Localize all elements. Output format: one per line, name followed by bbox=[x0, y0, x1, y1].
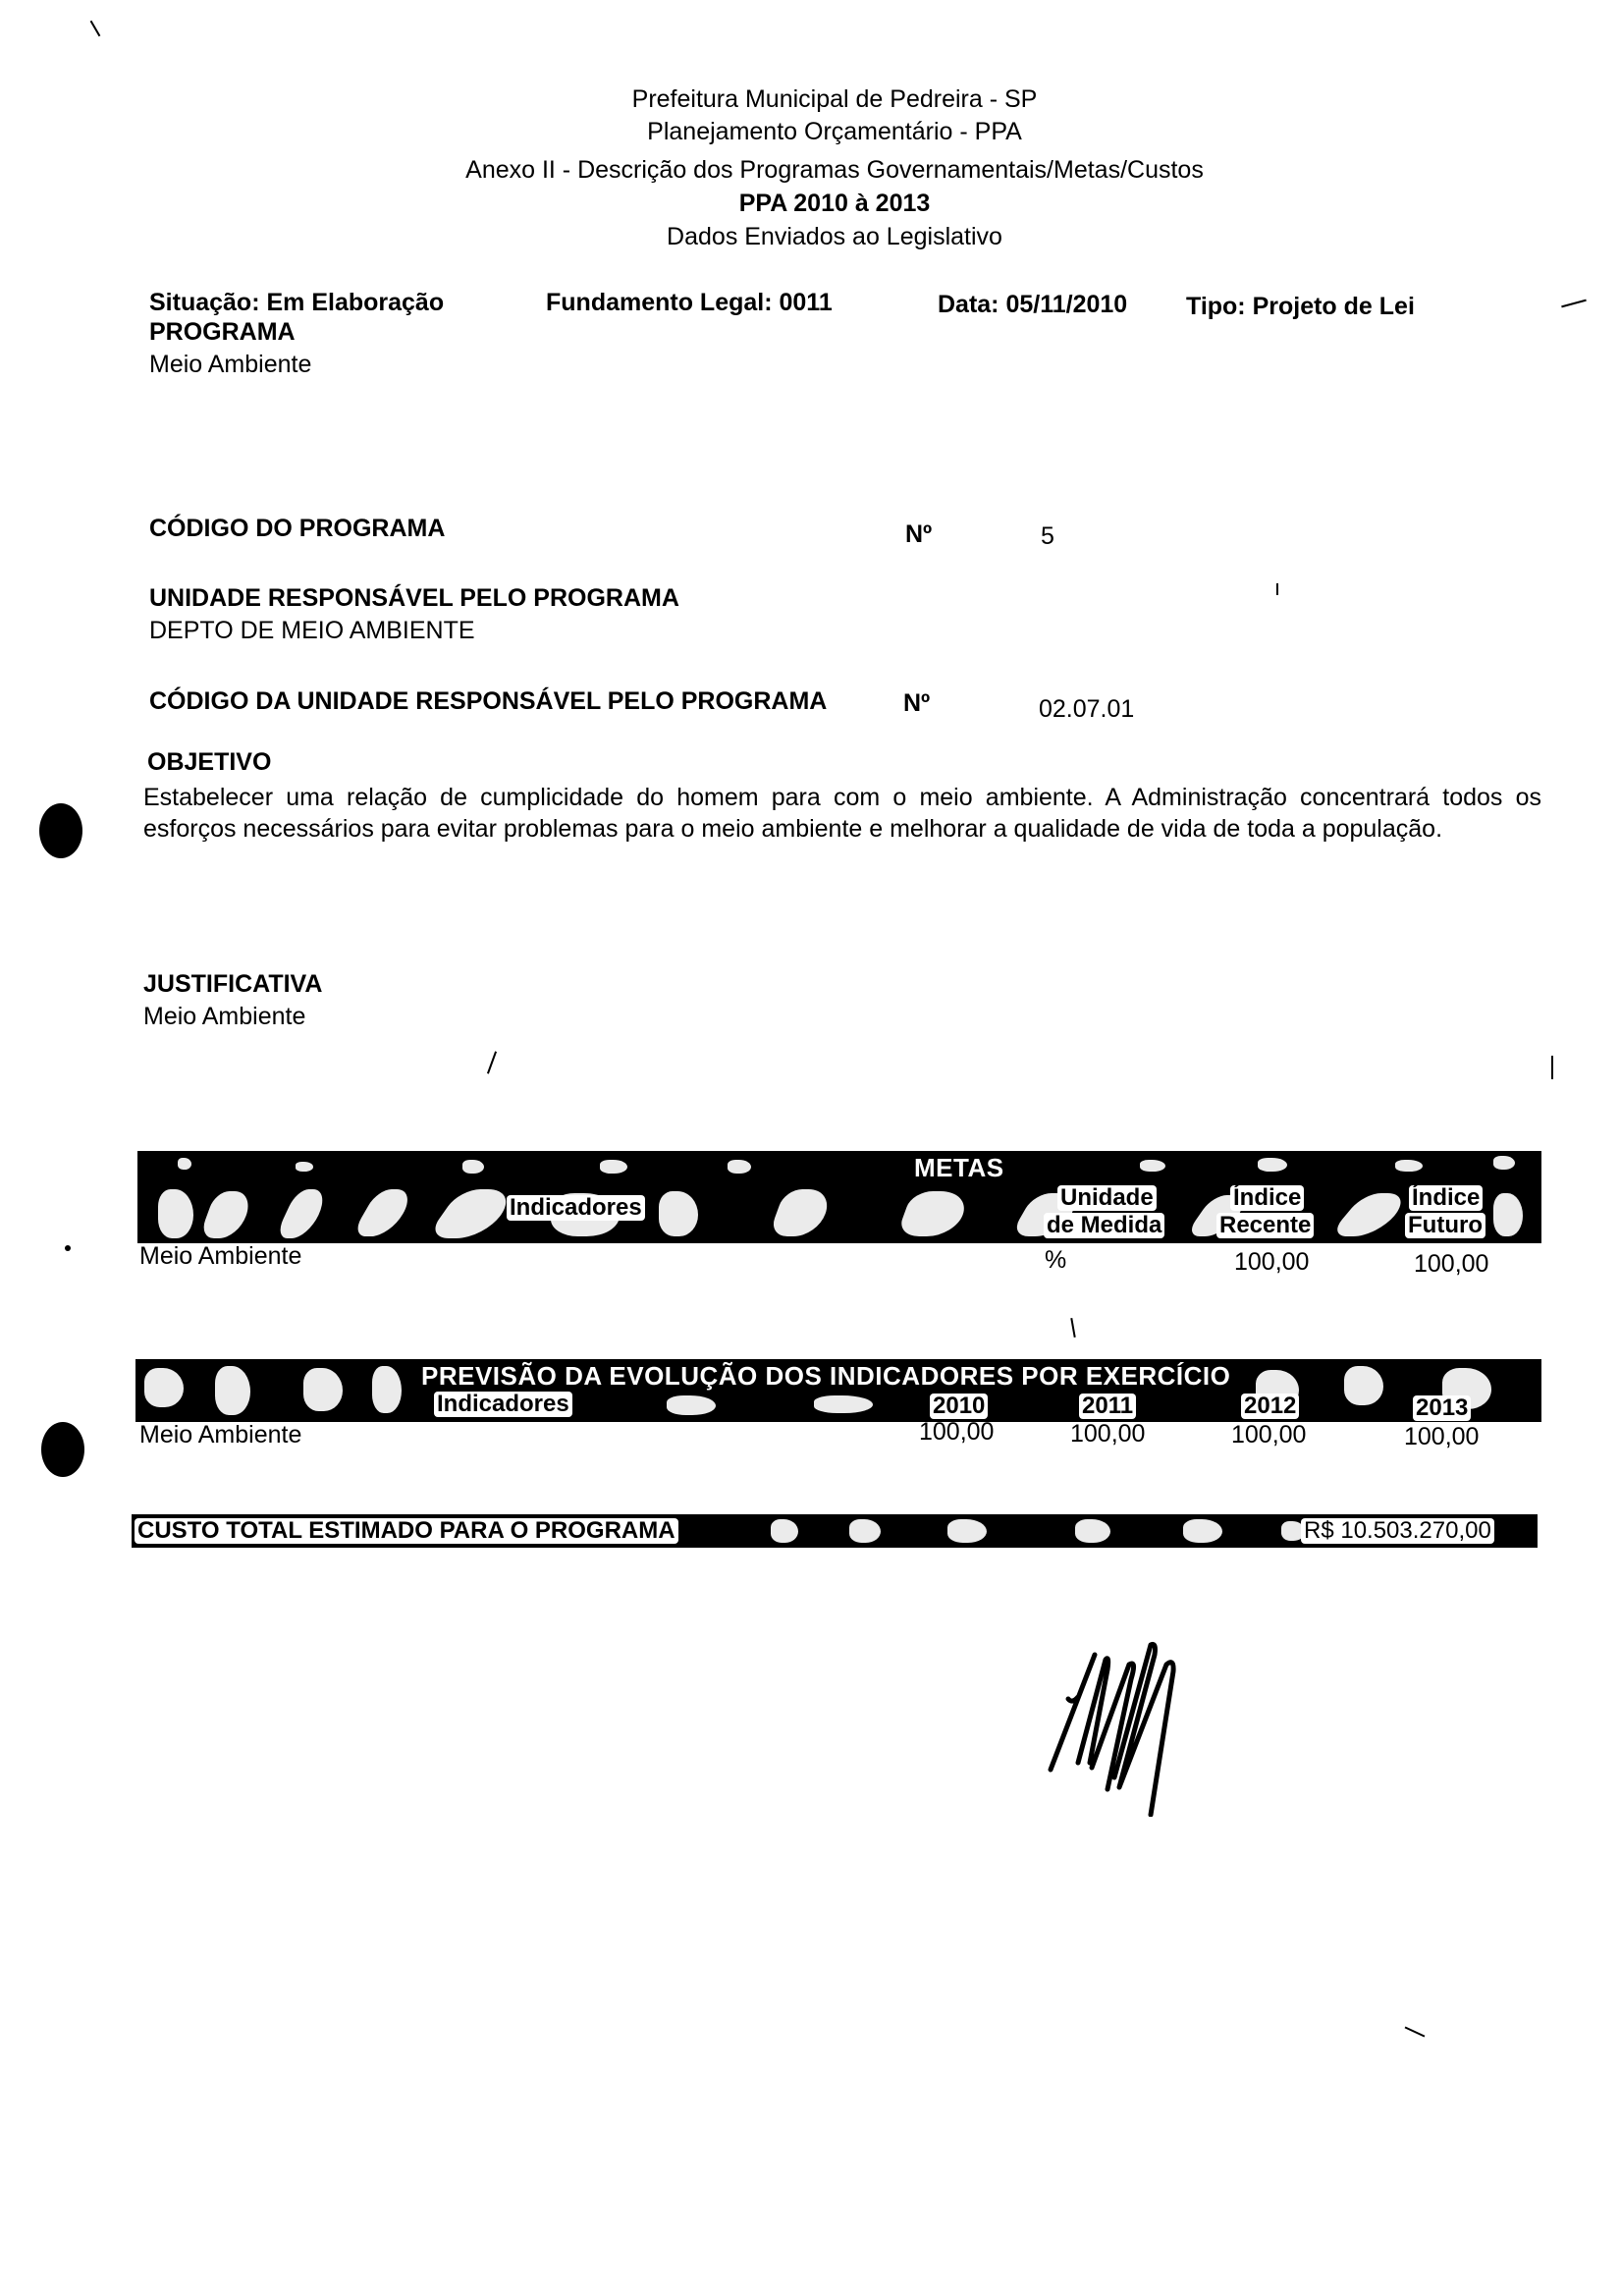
scan-speck bbox=[487, 1051, 497, 1073]
scan-speck bbox=[1561, 300, 1587, 308]
punch-hole-bottom bbox=[41, 1422, 84, 1477]
metas-col-indicadores: Indicadores bbox=[507, 1195, 645, 1221]
metas-header-bar: METAS Indicadores Unidade de Medida Índi… bbox=[137, 1151, 1541, 1243]
metas-col-recente-l1: Índice bbox=[1230, 1185, 1304, 1211]
metas-title: METAS bbox=[914, 1154, 1004, 1181]
objetivo-text: Estabelecer uma relação de cumplicidade … bbox=[143, 782, 1541, 845]
data: Data: 05/11/2010 bbox=[938, 291, 1127, 319]
header-planejamento: Planejamento Orçamentário - PPA bbox=[0, 117, 1620, 146]
metas-col-futuro-l1: Índice bbox=[1409, 1185, 1483, 1211]
scan-speck bbox=[90, 21, 101, 37]
header-anexo: Anexo II - Descrição dos Programas Gover… bbox=[0, 155, 1620, 185]
situacao: Situação: Em Elaboração bbox=[149, 289, 444, 317]
metas-col-futuro-l2: Futuro bbox=[1405, 1213, 1485, 1238]
fundamento-legal: Fundamento Legal: 0011 bbox=[546, 289, 833, 317]
justificativa-label: JUSTIFICATIVA bbox=[143, 970, 322, 999]
header-prefeitura: Prefeitura Municipal de Pedreira - SP bbox=[0, 84, 1620, 114]
metas-col-recente-l2: Recente bbox=[1216, 1213, 1314, 1238]
scan-speck bbox=[1551, 1056, 1553, 1079]
codigo-programa-label: CÓDIGO DO PROGRAMA bbox=[149, 515, 445, 543]
previsao-header-bar: PREVISÃO DA EVOLUÇÃO DOS INDICADORES POR… bbox=[135, 1359, 1541, 1422]
previsao-row-2013: 100,00 bbox=[1404, 1423, 1479, 1451]
scan-speck bbox=[1070, 1318, 1075, 1338]
justificativa-text: Meio Ambiente bbox=[143, 1003, 305, 1031]
previsao-col-2011: 2011 bbox=[1079, 1394, 1136, 1419]
metas-col-unidade-l2: de Medida bbox=[1044, 1213, 1164, 1238]
metas-row-indicador: Meio Ambiente bbox=[139, 1242, 301, 1271]
scan-speck bbox=[65, 1245, 71, 1251]
previsao-col-2010: 2010 bbox=[930, 1394, 988, 1419]
codigo-programa-no: Nº bbox=[905, 520, 932, 549]
metas-col-unidade-l1: Unidade bbox=[1057, 1185, 1157, 1211]
unidade-label: UNIDADE RESPONSÁVEL PELO PROGRAMA bbox=[149, 584, 679, 613]
header-ppa-period: PPA 2010 à 2013 bbox=[0, 189, 1620, 218]
header-dados-enviados: Dados Enviados ao Legislativo bbox=[0, 222, 1620, 251]
previsao-col-2012: 2012 bbox=[1241, 1394, 1299, 1419]
previsao-row-2010: 100,00 bbox=[919, 1418, 994, 1447]
previsao-row-indicador: Meio Ambiente bbox=[139, 1421, 301, 1449]
programa-label: PROGRAMA bbox=[149, 318, 296, 347]
previsao-row-2012: 100,00 bbox=[1231, 1421, 1306, 1449]
codigo-programa-value: 5 bbox=[1041, 522, 1054, 551]
metas-row-unidade: % bbox=[1045, 1246, 1066, 1275]
scan-speck bbox=[1405, 2026, 1426, 2037]
codigo-unidade-label: CÓDIGO DA UNIDADE RESPONSÁVEL PELO PROGR… bbox=[149, 687, 827, 716]
metas-row-recente: 100,00 bbox=[1234, 1248, 1309, 1277]
previsao-col-2013: 2013 bbox=[1413, 1395, 1471, 1421]
signature-icon bbox=[1021, 1611, 1217, 1817]
codigo-unidade-value: 02.07.01 bbox=[1039, 695, 1134, 724]
punch-hole-top bbox=[39, 803, 82, 858]
programa-value: Meio Ambiente bbox=[149, 351, 311, 379]
previsao-title: PREVISÃO DA EVOLUÇÃO DOS INDICADORES POR… bbox=[421, 1362, 1230, 1390]
custo-total-label: CUSTO TOTAL ESTIMADO PARA O PROGRAMA bbox=[135, 1518, 678, 1544]
custo-total-bar: CUSTO TOTAL ESTIMADO PARA O PROGRAMA R$ … bbox=[132, 1514, 1538, 1548]
metas-row-futuro: 100,00 bbox=[1414, 1250, 1488, 1279]
custo-total-value: R$ 10.503.270,00 bbox=[1301, 1518, 1494, 1544]
previsao-col-indicadores: Indicadores bbox=[434, 1392, 572, 1417]
previsao-row-2011: 100,00 bbox=[1070, 1420, 1145, 1449]
objetivo-label: OBJETIVO bbox=[147, 748, 271, 777]
tipo: Tipo: Projeto de Lei bbox=[1186, 293, 1415, 321]
scan-speck bbox=[1276, 583, 1278, 595]
codigo-unidade-no: Nº bbox=[903, 689, 930, 718]
unidade-value: DEPTO DE MEIO AMBIENTE bbox=[149, 617, 475, 645]
